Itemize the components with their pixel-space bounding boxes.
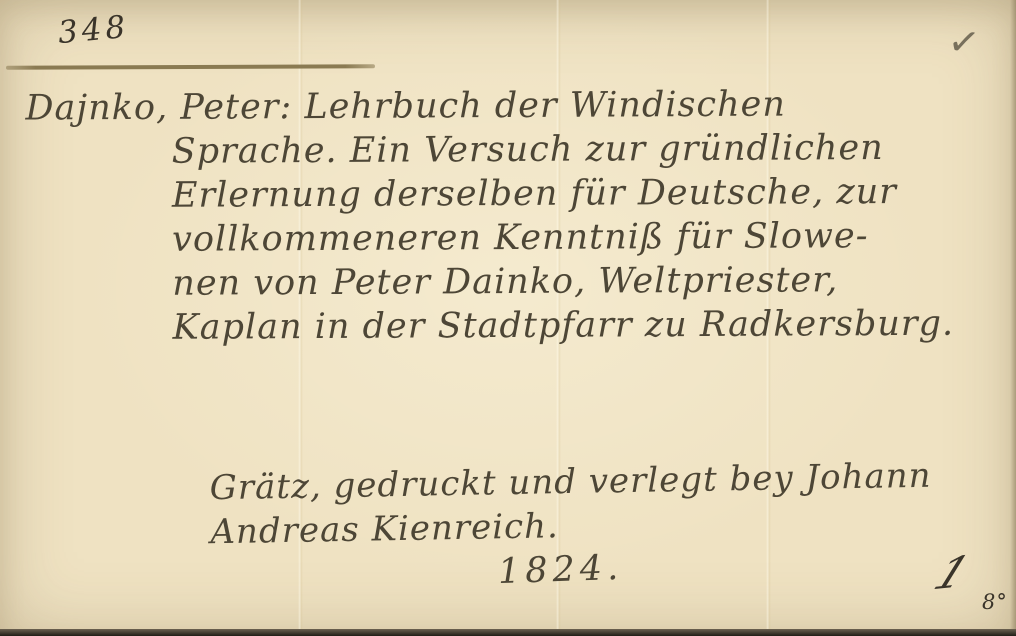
scan-edge-shadow bbox=[1010, 0, 1016, 636]
copy-number: 1 bbox=[926, 547, 977, 601]
entry-line: Kaplan in der Stadtpfarr zu Radkersburg. bbox=[172, 301, 998, 349]
catalog-entry: Dajnko, Peter: Lehrbuch der Windischen S… bbox=[25, 81, 998, 350]
header-rule bbox=[6, 64, 375, 70]
entry-line: Dajnko, Peter: Lehrbuch der Windischen bbox=[25, 81, 997, 130]
book-format: 8° bbox=[982, 590, 1008, 614]
entry-line: nen von Peter Dainko, Weltpriester, bbox=[172, 257, 998, 305]
catalog-card: 348 ✓ Dajnko, Peter: Lehrbuch der Windis… bbox=[0, 0, 1016, 636]
entry-line: Erlernung derselben für Deutsche, zur bbox=[172, 169, 998, 217]
imprint: Grätz, gedruckt und verlegt bey Johann A… bbox=[209, 454, 932, 555]
checkmark-icon: ✓ bbox=[945, 18, 983, 66]
shelf-number: 348 bbox=[57, 9, 131, 51]
scan-bottom-edge bbox=[0, 629, 1016, 636]
publication-year: 1824. bbox=[497, 548, 624, 592]
entry-line: Sprache. Ein Versuch zur gründlichen bbox=[172, 125, 998, 173]
entry-line: vollkommeneren Kenntniß für Slowe- bbox=[172, 213, 998, 261]
